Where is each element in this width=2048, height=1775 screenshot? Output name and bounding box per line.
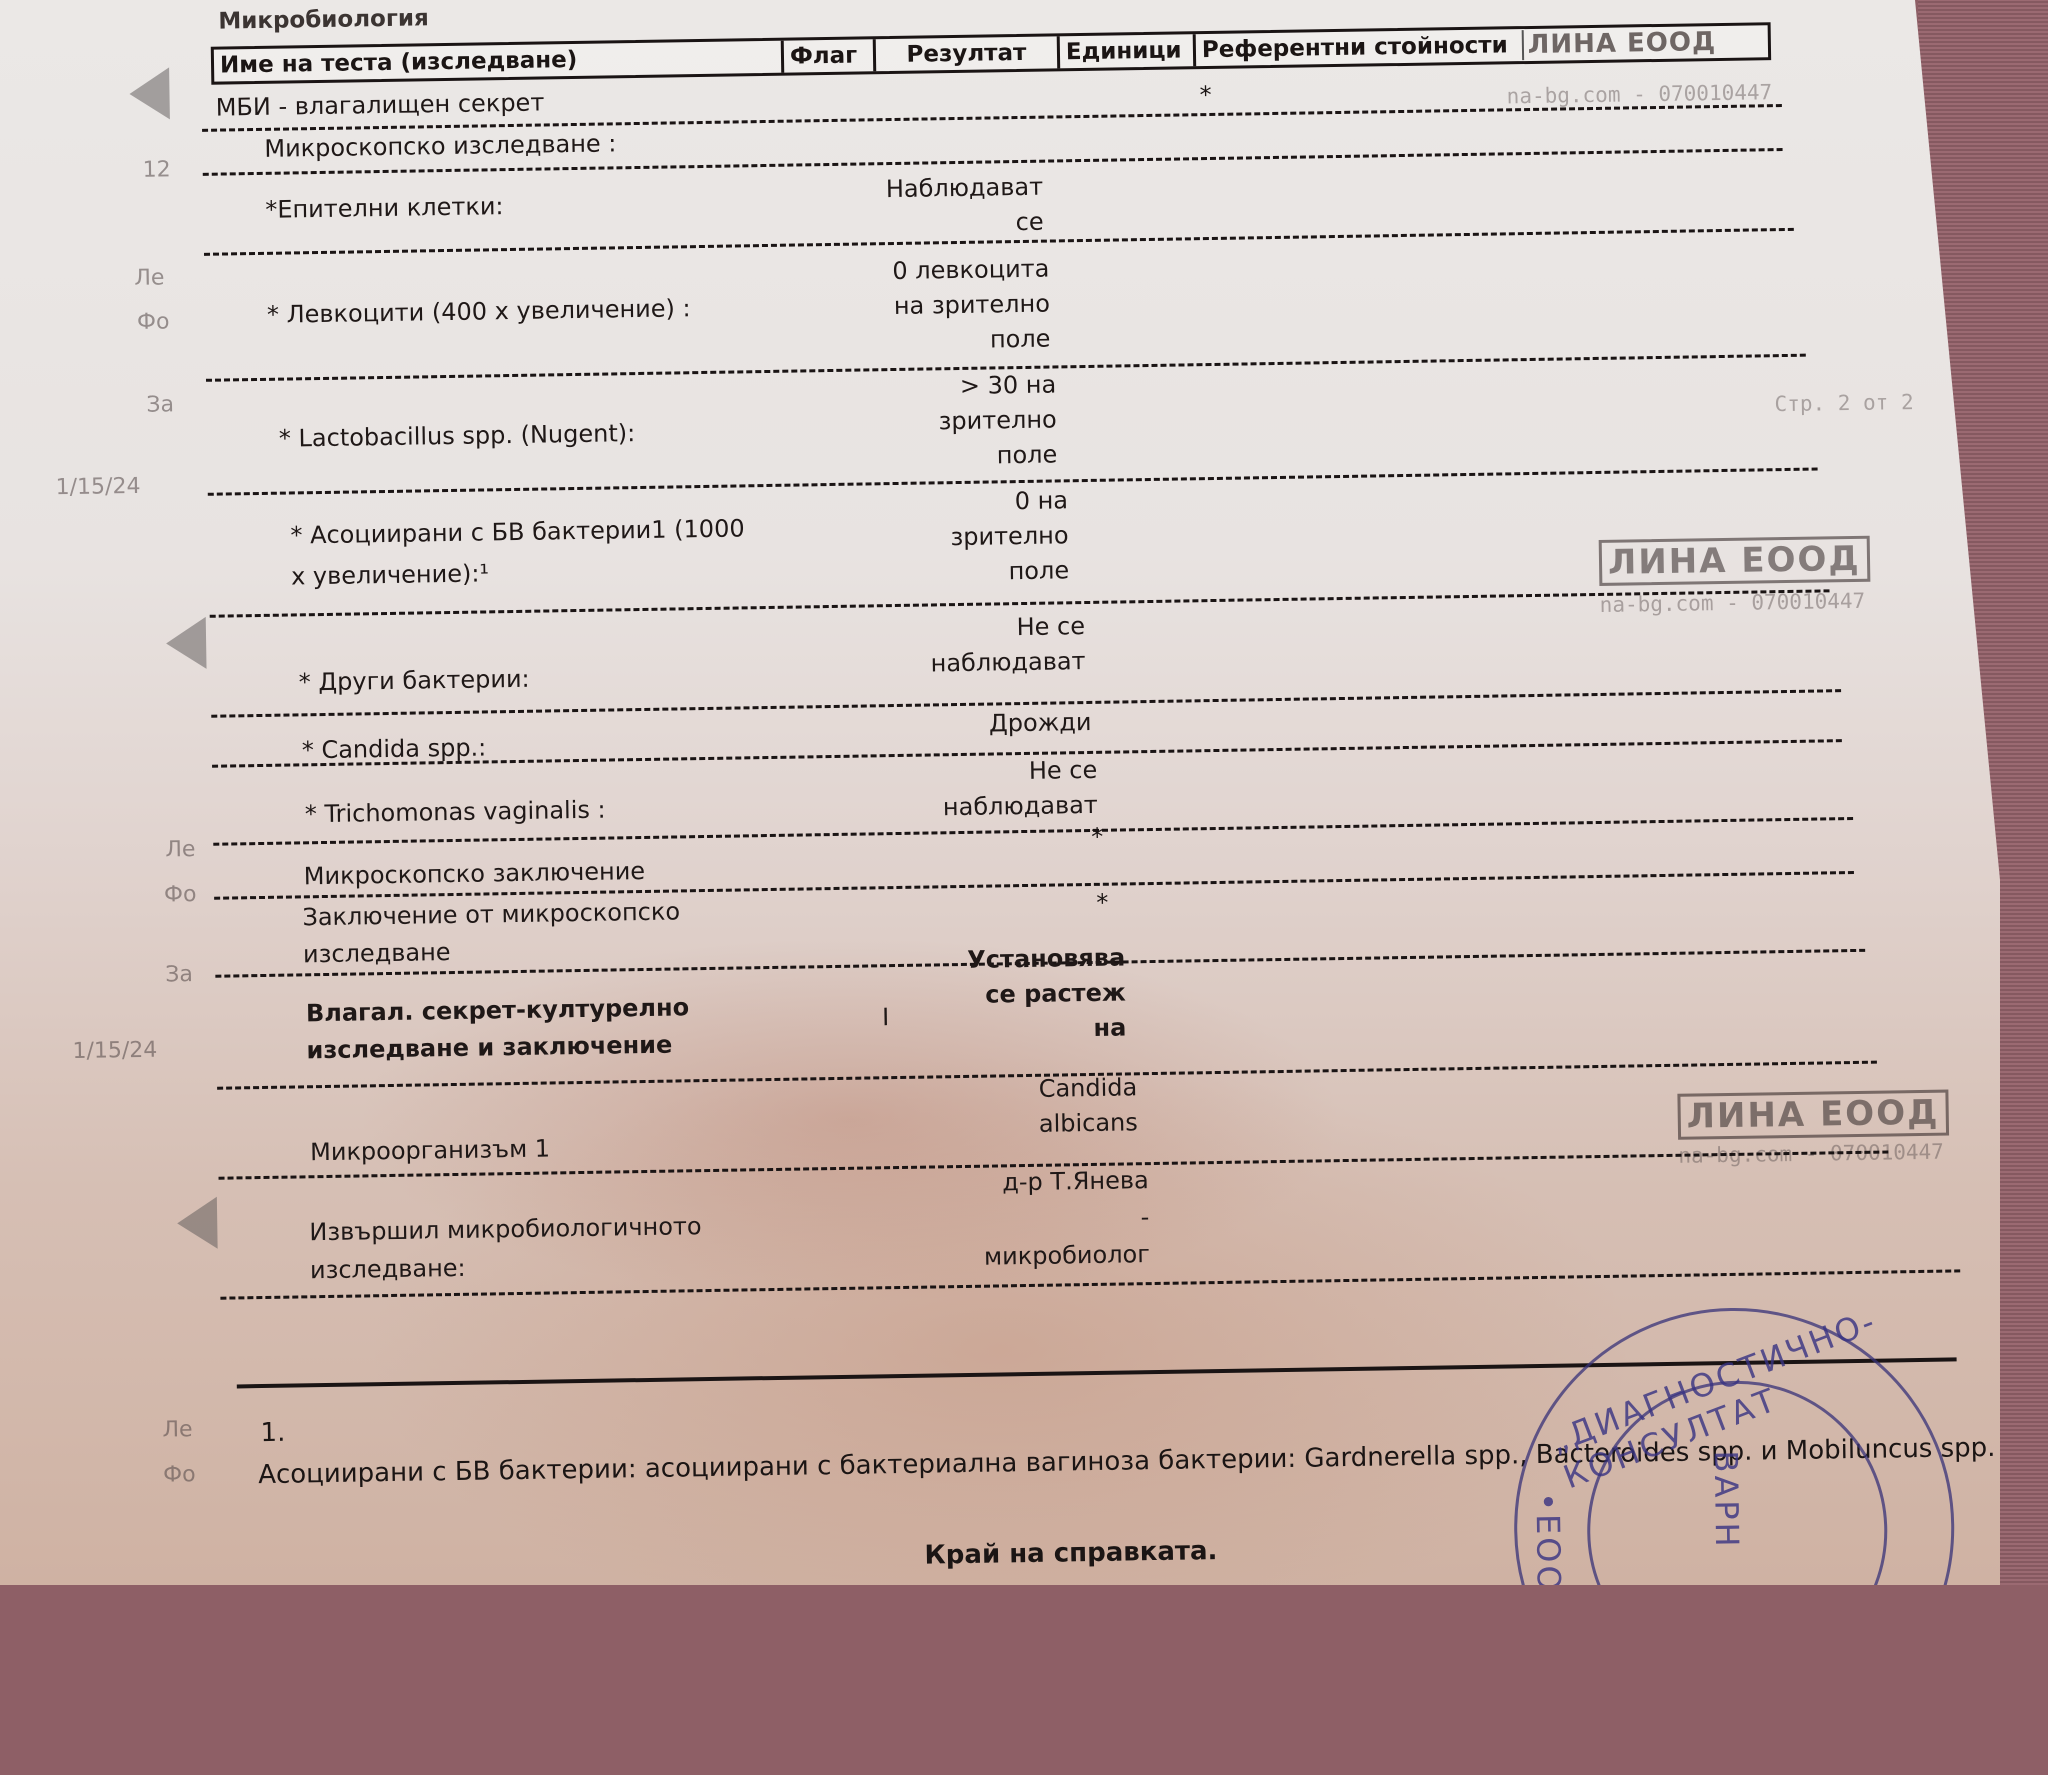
row-bv-bacteria-name: * Асоциирани с БВ бактерии1 (1000 х увел…: [290, 508, 745, 597]
print-mark-triangle-icon: [177, 1197, 218, 1250]
row-leukocytes-name: * Левкоцити (400 х увеличение) :: [267, 289, 691, 334]
row-culture-name: Влагал. секрет-културелно изследване и з…: [306, 989, 690, 1069]
column-header-name: Име на теста (изследване): [214, 41, 784, 82]
print-mark-triangle-icon: [129, 67, 170, 120]
seal-center-text: ВАРН: [1707, 1450, 1747, 1550]
row-microscopy-conclusion-result: *: [1091, 823, 1103, 851]
row-epithelial-name: *Епителни клетки:: [265, 187, 504, 229]
row-specimen-reference: *: [1199, 81, 1211, 109]
row-microscopy-header: Микроскопско изследване :: [264, 124, 617, 168]
row-epithelial-result: Наблюдават се: [886, 170, 1044, 242]
company-stamp-faint: ЛИНА ЕООД: [1677, 1090, 1948, 1140]
row-lactobacillus-result: > 30 на зрително поле: [938, 367, 1058, 473]
row-leukocytes-result: 0 левкоцита на зрително поле: [892, 252, 1051, 359]
edge-fragment: Фо: [163, 1462, 196, 1488]
row-trichomonas-name: * Trichomonas vaginalis :: [305, 791, 606, 834]
edge-fragment: Ле: [165, 837, 195, 862]
edge-fragment: За: [146, 392, 174, 417]
end-of-report: Край на справката.: [924, 1536, 1217, 1571]
footnote-number: 1.: [260, 1418, 285, 1448]
edge-fragment: Фо: [164, 882, 197, 908]
print-date: 1/15/24: [55, 474, 140, 500]
row-performed-by-result: д-р Т.Янева - микробиолог: [983, 1162, 1151, 1276]
edge-fragment: Ле: [162, 1417, 192, 1442]
column-header-flag: Флаг: [784, 39, 876, 72]
edge-fragment: Фо: [137, 309, 170, 335]
table-header: Име на теста (изследване) Флаг Резултат …: [211, 22, 1771, 84]
column-header-units: Единици: [1060, 34, 1196, 68]
reference-label: Референтни стойности: [1202, 32, 1508, 63]
edge-fragment: За: [165, 962, 193, 987]
company-stamp: ЛИНА ЕООД: [1521, 27, 1716, 60]
section-title: Микробиология: [218, 5, 429, 34]
row-conclusion-from-microscopy-result: *: [1096, 889, 1108, 917]
edge-fragment: Ле: [134, 265, 164, 290]
seal-left-text: •ЕОО: [1528, 1492, 1568, 1585]
lab-report-page: 12 Ле Фо За 1/15/24 Ле Фо За 1/15/24 Ле …: [0, 0, 2000, 1585]
row-culture-flag: I: [882, 998, 890, 1036]
row-trichomonas-result: Не се наблюдават: [942, 753, 1098, 825]
print-date: 1/15/24: [72, 1038, 157, 1064]
row-specimen: МБИ - влагалищен секрет: [215, 83, 544, 127]
row-candida-result: Дрожди: [989, 705, 1092, 741]
print-mark-triangle-icon: [166, 617, 207, 670]
column-header-result: Резултат: [876, 36, 1060, 71]
page-marker-faint: Стр. 2 от 2: [1774, 390, 1913, 416]
row-microorganism-result: Candida albicans: [1038, 1070, 1138, 1141]
company-stamp-faint: ЛИНА ЕООД: [1599, 536, 1870, 586]
clinic-seal-stamp: „ДИАГНОСТИЧНО-КОНСУЛТАТ •ЕОО ВАРН: [1511, 1305, 1958, 1585]
row-bv-bacteria-result: 0 на зрително поле: [950, 483, 1070, 589]
row-performed-by-name: Извършил микробиологичното изследване:: [309, 1207, 702, 1290]
row-lactobacillus-name: * Lactobacillus spp. (Nugent):: [279, 414, 636, 458]
row-microorganism-name: Микроорганизъм 1: [310, 1130, 551, 1172]
row-microscopy-conclusion-name: Микроскопско заключение: [304, 852, 646, 896]
row-conclusion-from-microscopy-name: Заключение от микроскопско изследване: [302, 893, 681, 973]
row-other-bacteria-name: * Други бактерии:: [298, 660, 529, 702]
column-header-reference: Референтни стойности ЛИНА ЕООД: [1196, 25, 1768, 66]
edge-fragment: 12: [142, 157, 170, 182]
row-culture-result: Установява се растеж на: [967, 940, 1127, 1047]
row-other-bacteria-result: Не се наблюдават: [930, 609, 1086, 681]
